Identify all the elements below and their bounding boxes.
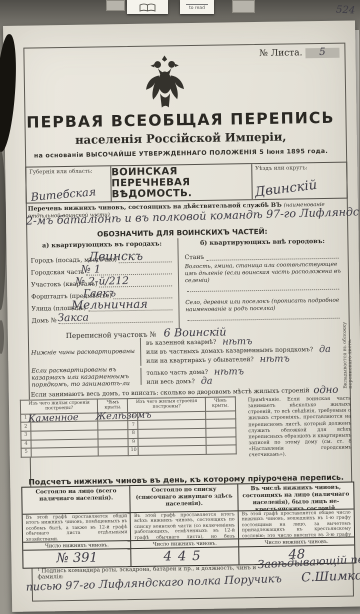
- quartering-block: Нижніе чины расквартированы въ казенной …: [28, 335, 348, 368]
- torn-edge: [0, 320, 4, 354]
- row-number: 4: [21, 440, 31, 449]
- empty-cell: [98, 447, 128, 456]
- buildings-table-wrap: Изъ чего жилыя строенія построены? Чѣмъ …: [20, 396, 237, 457]
- row-number: 8: [128, 429, 138, 438]
- count-value: 445: [164, 549, 207, 565]
- volost-text: Волость, гмина, станица или соотвѣтствую…: [185, 262, 341, 285]
- gubernia-value: Витебская: [30, 185, 96, 204]
- field-value: Мельничная: [71, 297, 148, 312]
- count-value-cell: № 391: [23, 549, 131, 568]
- count-col-header: Состояло на лицо (всего наличнаго населе…: [22, 486, 130, 515]
- answer-value: нѣтъ: [214, 366, 244, 377]
- region-row: Губернія или область: Витебская ВОИНСКАЯ…: [25, 162, 348, 204]
- sticker-rule: [186, 4, 208, 5]
- archive-tab: [106, 0, 125, 11]
- count-col-note: Въ этой графѣ проставляется итогъ всѣхъ …: [130, 511, 238, 540]
- count-col-note: Въ этой графѣ проставляется общее число …: [238, 510, 354, 539]
- dotted-leader: [206, 257, 338, 261]
- dotted-leader: [187, 283, 339, 292]
- document-type-title: ВОИНСКАЯ ПЕРЕЧНЕВАЯ ВѢДОМОСТЬ.: [111, 164, 252, 201]
- answer-value: нѣтъ: [260, 354, 290, 365]
- field-value: Двинскъ: [89, 249, 143, 264]
- row-number: 7: [128, 421, 138, 430]
- archive-sticker-to-read: to read: [180, 0, 214, 14]
- rural-column: б) квартирующихъ внѣ городовъ: Станъ Вол…: [178, 236, 347, 329]
- book-icon: [139, 0, 156, 17]
- field-value: № 1: [81, 263, 101, 275]
- document-sheet: № Листа. 5 ПЕРВАЯ ВСЕОБЩАЯ ПЕРЕПИСЬ: [3, 20, 360, 611]
- city-field: Домъ № Закса: [32, 310, 175, 324]
- empty-cell: [31, 447, 98, 457]
- quartering-label: Нижніе чины расквартированы: [28, 338, 141, 368]
- rural-column-heading: б) квартирующихъ внѣ городовъ:: [184, 238, 340, 247]
- archive-sticker: [127, 0, 168, 14]
- city-column: а) квартирующихъ въ городахъ: Городъ (по…: [26, 238, 179, 330]
- occupy-label: Если расквартированы въ казармахъ или ка…: [28, 368, 141, 387]
- roof-header: Чѣмъ крыты.: [205, 397, 235, 411]
- signature-name: С.Шимковъ: [301, 567, 360, 585]
- row-number: 9: [128, 438, 138, 447]
- field-value: № 2-й/212: [75, 275, 129, 288]
- count-value: № 391: [56, 551, 97, 567]
- count-value-cell: 445: [131, 547, 239, 566]
- sheet-number-strip: 5: [305, 48, 339, 59]
- gubernia-box: Губернія или область: Витебская: [26, 166, 112, 202]
- page-corner-number: 524: [336, 5, 356, 17]
- answer-value: да: [319, 344, 331, 355]
- question-text: или на квартирахъ у обывателей?: [146, 356, 254, 365]
- row-number: 5: [21, 448, 31, 457]
- sheet-number-row: № Листа. 5: [259, 48, 339, 59]
- row-number: 10: [129, 447, 139, 456]
- buildings-note: Примѣчаніе. Если воинская часть занимает…: [248, 396, 352, 459]
- field-value: Закса: [58, 312, 89, 324]
- count-col-header: Состояло по списку (списочнаго живущаго …: [130, 484, 238, 513]
- question-text: только часть дома?: [146, 369, 208, 377]
- building-roof-value: Желѣзомъ: [95, 410, 151, 423]
- count-col-header: Въ числѣ нижнихъ чиновъ, состоящихъ на л…: [237, 483, 353, 512]
- imperial-eagle-icon: [144, 55, 185, 114]
- building-material-value: Каменное: [28, 412, 79, 425]
- whole-house-value: одно: [313, 385, 338, 396]
- gubernia-label: Губернія или область:: [29, 168, 107, 175]
- question-text: въ казенной казармѣ?: [146, 339, 216, 347]
- uezd-box: Уѣздъ или округъ: Двинскій: [251, 163, 347, 199]
- empty-cell: [139, 446, 206, 456]
- sheet-number-label: № Листа.: [259, 48, 302, 59]
- row-number: 3: [21, 431, 31, 440]
- answer-value: нѣтъ: [222, 336, 252, 347]
- field-label: Домъ №: [32, 317, 57, 324]
- count-col-note: Въ этой графѣ проставляется общій итогъ …: [23, 513, 131, 542]
- occupy-questions: только часть дома? нѣтъ или весь домъ? д…: [141, 365, 348, 385]
- stan-field: Станъ: [185, 248, 341, 261]
- empty-cell: [206, 445, 236, 454]
- quartering-columns: а) квартирующихъ въ городахъ: Городъ (по…: [26, 236, 347, 331]
- buildings-table: Изъ чего жилыя строенія построены? Чѣмъ …: [20, 396, 237, 457]
- photo-background: to read 524 № Листа. 5: [0, 0, 360, 614]
- uezd-label: Уѣздъ или округъ:: [255, 165, 343, 172]
- sticker-text: to read: [189, 6, 205, 11]
- stan-label: Станъ: [185, 254, 205, 261]
- city-column-heading: а) квартирующихъ въ городахъ:: [30, 240, 173, 249]
- sheet-number-value: 5: [319, 47, 326, 58]
- quartering-questions: въ казенной казармѣ? нѣтъ или въ частных…: [141, 335, 348, 366]
- uezd-value: Двинскій: [254, 178, 318, 200]
- archive-tab: [232, 0, 255, 13]
